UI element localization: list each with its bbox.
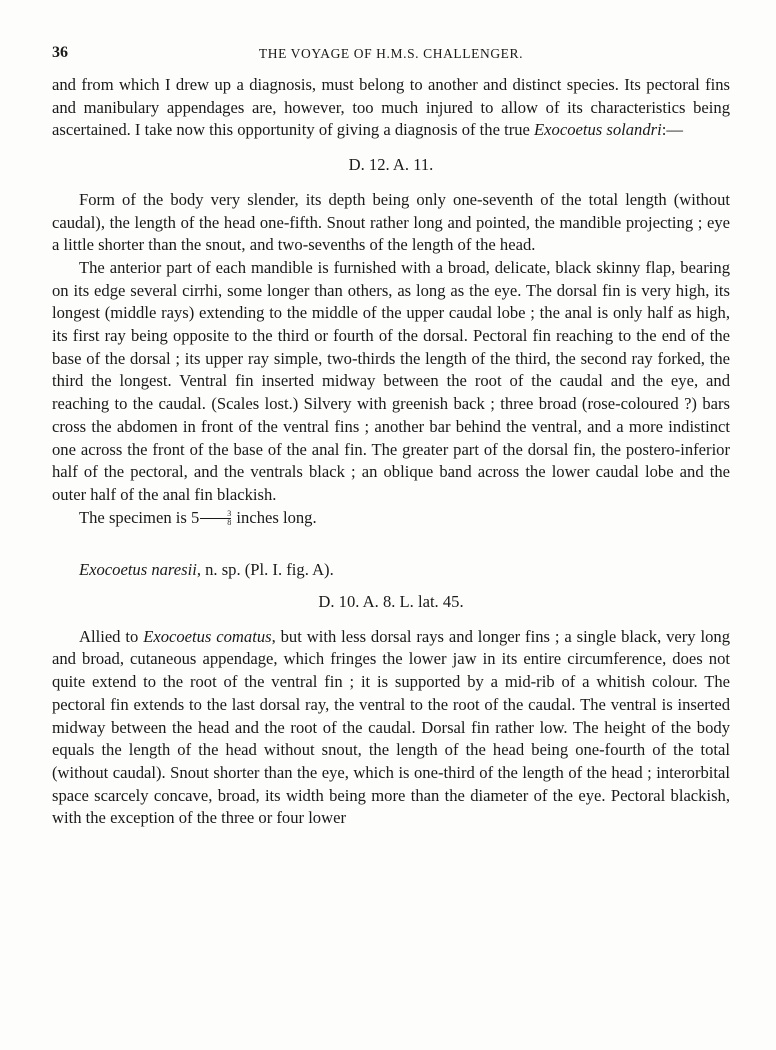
page-header: 36 THE VOYAGE OF H.M.S. CHALLENGER. bbox=[52, 44, 730, 70]
paragraph-intro: and from which I drew up a diagnosis, mu… bbox=[52, 74, 730, 142]
paragraph-tail: :— bbox=[662, 120, 683, 139]
fin-formula-solandri: D. 12. A. 11. bbox=[52, 154, 730, 177]
fin-formula-naresii: D. 10. A. 8. L. lat. 45. bbox=[52, 591, 730, 614]
paragraph-lead: Allied to bbox=[79, 627, 143, 646]
fraction-numerator: 3 bbox=[200, 510, 231, 518]
species-name: Exocoetus comatus bbox=[143, 627, 271, 646]
species-heading-naresii: Exocoetus naresii, n. sp. (Pl. I. fig. A… bbox=[52, 559, 730, 582]
species-name: Exocoetus solandri bbox=[534, 120, 662, 139]
species-name: Exocoetus naresii bbox=[79, 560, 197, 579]
size-unit-text: inches long. bbox=[232, 508, 316, 527]
running-title: THE VOYAGE OF H.M.S. CHALLENGER. bbox=[52, 46, 730, 62]
document-page: 36 THE VOYAGE OF H.M.S. CHALLENGER. and … bbox=[52, 44, 730, 830]
paragraph-body-form: Form of the body very slender, its depth… bbox=[52, 189, 730, 257]
species-heading-rest: , n. sp. (Pl. I. fig. A). bbox=[197, 560, 334, 579]
fraction-denominator: 8 bbox=[200, 518, 231, 527]
paragraph-naresii-description: Allied to Exocoetus comatus, but with le… bbox=[52, 626, 730, 830]
paragraph-specimen-size: The specimen is 538 inches long. bbox=[52, 507, 730, 530]
paragraph-text: , but with less dorsal rays and longer f… bbox=[52, 627, 730, 828]
paragraph-description: The anterior part of each mandible is fu… bbox=[52, 257, 730, 507]
size-text: The specimen is 5 bbox=[79, 508, 199, 527]
fraction: 38 bbox=[200, 510, 231, 527]
